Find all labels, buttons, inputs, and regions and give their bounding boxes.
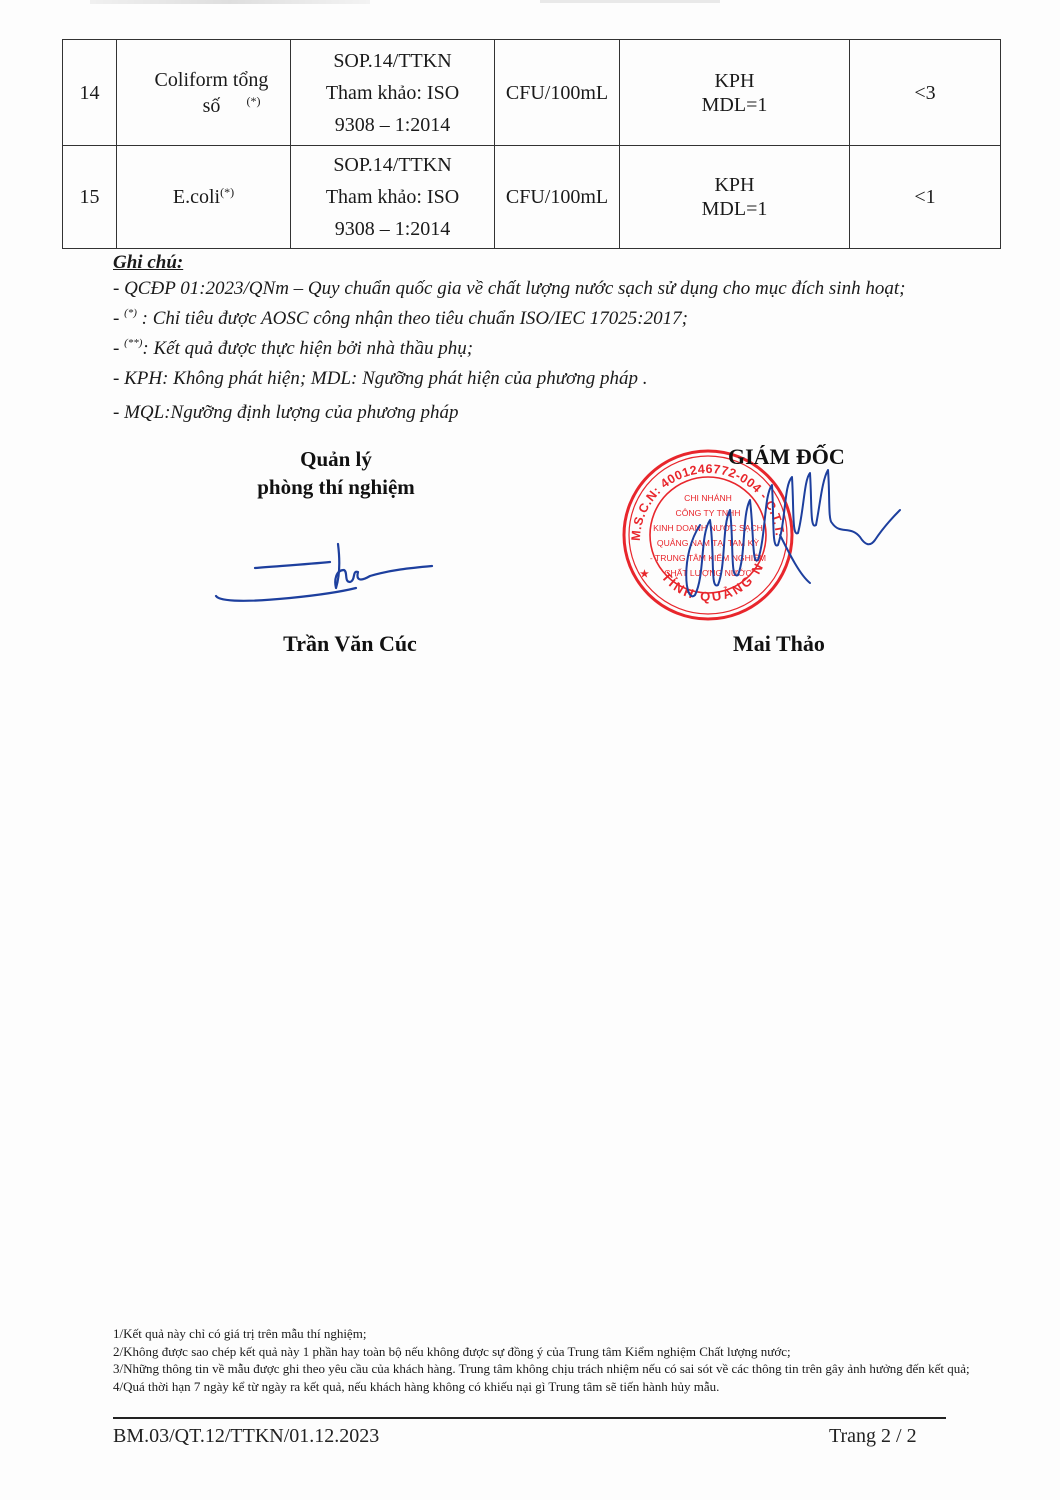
note-prefix: - xyxy=(113,308,124,329)
lab-manager-signature-icon xyxy=(210,540,440,610)
notes-title: Ghi chú: xyxy=(113,252,905,274)
disclaimer-line: 2/Không được sao chép kết quả này 1 phần… xyxy=(113,1343,1013,1361)
cell-method: SOP.14/TTKN Tham khảo: ISO 9308 – 1:2014 xyxy=(291,40,495,146)
page-number: Trang 2 / 2 xyxy=(829,1425,917,1448)
title-line: Quản lý xyxy=(236,445,436,473)
scan-artifact xyxy=(540,0,720,3)
cell-no: 15 xyxy=(63,146,117,249)
director-signature-icon xyxy=(660,465,910,615)
note-text: MQL:Ngưỡng định lượng của phương pháp xyxy=(124,402,458,423)
note-item: - KPH: Không phát hiện; MDL: Ngưỡng phát… xyxy=(113,364,905,394)
result-detection-limit: MDL=1 xyxy=(620,93,849,117)
title-line: phòng thí nghiệm xyxy=(236,473,436,501)
cell-unit: CFU/100mL xyxy=(495,40,620,146)
svg-text:★: ★ xyxy=(640,569,649,580)
cell-result: KPH MDL=1 xyxy=(620,146,850,249)
document-code: BM.03/QT.12/TTKN/01.12.2023 xyxy=(113,1425,379,1448)
table-row: 14 Coliform tổng số(*) SOP.14/TTKN Tham … xyxy=(63,40,1001,146)
note-text: : Chỉ tiêu được AOSC công nhận theo tiêu… xyxy=(137,308,688,329)
scan-artifact xyxy=(90,0,370,4)
note-text: KPH: Không phát hiện; MDL: Ngưỡng phát h… xyxy=(124,368,647,389)
lab-manager-name: Trần Văn Cúc xyxy=(236,631,464,657)
parameter-name: E.coli xyxy=(173,186,220,208)
cell-limit: <3 xyxy=(850,40,1001,146)
disclaimer-line: 4/Quá thời hạn 7 ngày kể từ ngày ra kết … xyxy=(113,1378,1013,1396)
result-value: KPH xyxy=(620,69,849,93)
note-item: - (*) : Chỉ tiêu được AOSC công nhận the… xyxy=(113,304,905,334)
accreditation-mark: (*) xyxy=(247,94,261,108)
method-line: SOP.14/TTKN xyxy=(291,149,494,181)
method-line: 9308 – 1:2014 xyxy=(291,109,494,141)
lab-manager-title: Quản lý phòng thí nghiệm xyxy=(236,445,436,501)
method-line: Tham khảo: ISO xyxy=(291,77,494,109)
cell-method: SOP.14/TTKN Tham khảo: ISO 9308 – 1:2014 xyxy=(291,146,495,249)
disclaimer: 1/Kết quả này chỉ có giá trị trên mẫu th… xyxy=(113,1325,1013,1395)
cell-parameter: Coliform tổng số(*) xyxy=(117,40,291,146)
director-name: Mai Thảo xyxy=(733,631,853,657)
note-mark: (**) xyxy=(124,337,142,349)
result-detection-limit: MDL=1 xyxy=(620,197,849,221)
cell-limit: <1 xyxy=(850,146,1001,249)
table-row: 15 E.coli(*) SOP.14/TTKN Tham khảo: ISO … xyxy=(63,146,1001,249)
note-prefix: - xyxy=(113,402,124,423)
method-line: SOP.14/TTKN xyxy=(291,45,494,77)
note-text: QCĐP 01:2023/QNm – Quy chuẩn quốc gia về… xyxy=(124,278,905,299)
disclaimer-line: 3/Những thông tin về mẫu được ghi theo y… xyxy=(113,1360,1013,1378)
footer-divider xyxy=(113,1417,946,1419)
cell-unit: CFU/100mL xyxy=(495,146,620,249)
parameter-name: Coliform tổng số xyxy=(147,67,277,119)
results-table: 14 Coliform tổng số(*) SOP.14/TTKN Tham … xyxy=(62,39,1001,249)
note-text: : Kết quả được thực hiện bởi nhà thầu ph… xyxy=(142,338,473,359)
result-value: KPH xyxy=(620,173,849,197)
disclaimer-line: 1/Kết quả này chỉ có giá trị trên mẫu th… xyxy=(113,1325,1013,1343)
cell-no: 14 xyxy=(63,40,117,146)
note-mark: (*) xyxy=(124,307,137,319)
cell-parameter: E.coli(*) xyxy=(117,146,291,249)
note-item: - MQL:Ngưỡng định lượng của phương pháp xyxy=(113,398,905,428)
cell-result: KPH MDL=1 xyxy=(620,40,850,146)
notes-section: Ghi chú: - QCĐP 01:2023/QNm – Quy chuẩn … xyxy=(113,252,905,428)
note-prefix: - xyxy=(113,338,124,359)
method-line: 9308 – 1:2014 xyxy=(291,213,494,245)
note-prefix: - xyxy=(113,368,124,389)
note-prefix: - xyxy=(113,278,124,299)
method-line: Tham khảo: ISO xyxy=(291,181,494,213)
note-item: - (**): Kết quả được thực hiện bởi nhà t… xyxy=(113,334,905,364)
note-item: - QCĐP 01:2023/QNm – Quy chuẩn quốc gia … xyxy=(113,274,905,304)
accreditation-mark: (*) xyxy=(220,185,234,199)
